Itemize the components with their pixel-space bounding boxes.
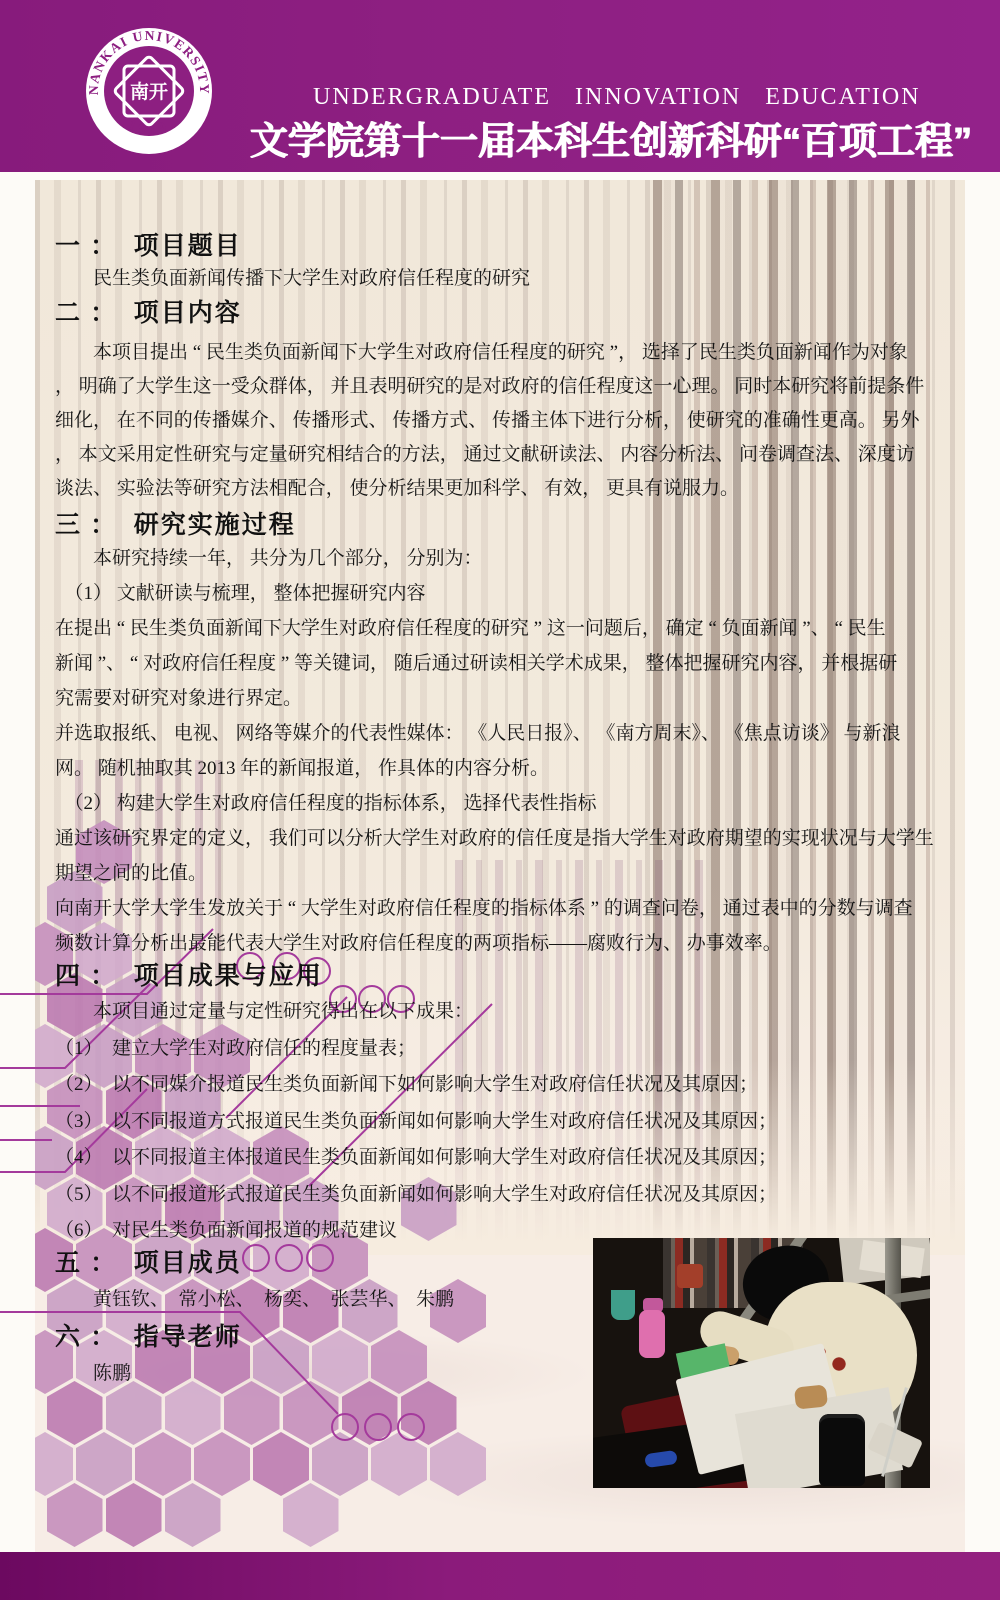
text-line: （2） 以不同媒介报道民生类负面新闻下如何影响大学生对政府信任状况及其原因； — [55, 1067, 967, 1104]
text-line: （3） 以不同报道方式报道民生类负面新闻如何影响大学生对政府信任状况及其原因； — [55, 1104, 967, 1141]
section-title: 项目内容 — [134, 300, 242, 327]
poster-header: NANKAI UNIVERSITY 1919 南开 UNDERGRADUATE … — [0, 0, 1000, 172]
section-colon: ： — [82, 963, 134, 990]
poster-footer — [0, 1552, 1000, 1600]
photo-shape-red-cup — [677, 1264, 703, 1288]
section-number: 三 — [55, 512, 82, 539]
text-line: （5） 以不同报道形式报道民生类负面新闻如何影响大学生对政府信任状况及其原因； — [55, 1177, 967, 1214]
section-colon: ： — [82, 512, 134, 539]
poster-title: 文学院第十一届本科生创新科研“百项工程” — [250, 110, 970, 165]
section-number: 六 — [55, 1324, 82, 1351]
text-line: 通过该研究界定的定义， 我们可以分析大学生对政府的信任度是指大学生对政府期望的实… — [55, 821, 967, 856]
text-line: 在提出 “ 民生类负面新闻下大学生对政府信任程度的研究 ” 这一问题后， 确定 … — [55, 611, 967, 646]
section-title: 项目题目 — [134, 233, 242, 260]
text-line: 细化， 在不同的传播媒介、 传播形式、 传播方式、 传播主体下进行分析， 使研究… — [55, 404, 967, 438]
text-line: 网。 随机抽取其 2013 年的新闻报道， 作具体的内容分析。 — [55, 751, 967, 786]
section-colon: ： — [82, 1324, 134, 1351]
text-line: 谈法、 实验法等研究方法相配合， 使分析结果更加科学、 有效， 更具有说服力。 — [55, 472, 967, 506]
section-number: 五 — [55, 1250, 82, 1277]
text-line: 民生类负面新闻传播下大学生对政府信任程度的研究 — [55, 262, 967, 296]
text-line: 期望之间的比值。 — [55, 856, 967, 891]
text-line: 本项目提出 “ 民生类负面新闻下大学生对政府信任程度的研究 ”， 选择了民生类负… — [55, 336, 967, 370]
section-number: 一 — [55, 233, 82, 260]
photo-shape-pink-bottle — [639, 1310, 665, 1358]
text-line: （2） 构建大学生对政府信任程度的指标体系， 选择代表性指标 — [55, 786, 967, 821]
text-line: （1） 建立大学生对政府信任的程度量表； — [55, 1031, 967, 1068]
section-body: 本研究持续一年， 共分为几个部分， 分别为： （1） 文献研读与梳理， 整体把握… — [55, 541, 967, 961]
photo-shape-hand-right — [794, 1384, 828, 1409]
header-subtitle-en: UNDERGRADUATE INNOVATION EDUCATION — [313, 84, 921, 111]
team-photo — [593, 1238, 930, 1488]
section-title: 研究实施过程 — [134, 512, 296, 539]
poster: NANKAI UNIVERSITY 1919 南开 UNDERGRADUATE … — [0, 0, 1000, 1600]
section-number: 二 — [55, 300, 82, 327]
section-body: 民生类负面新闻传播下大学生对政府信任程度的研究 — [55, 262, 967, 296]
section-title: 项目成员 — [134, 1250, 242, 1277]
section-heading: 二 ： 项目内容 — [55, 293, 967, 329]
text-line: 并选取报纸、 电视、 网络等媒介的代表性媒体： 《人民日报》、 《南方周末》、 … — [55, 716, 967, 751]
section-body: 本项目提出 “ 民生类负面新闻下大学生对政府信任程度的研究 ”， 选择了民生类负… — [55, 336, 967, 506]
text-line: ， 明确了大学生这一受众群体， 并且表明研究的是对政府的信任程度这一心理。 同时… — [55, 370, 967, 404]
text-line: 向南开大学大学生发放关于 “ 大学生对政府信任程度的指标体系 ” 的调查问卷， … — [55, 891, 967, 926]
text-line: ， 本文采用定性研究与定量研究相结合的方法， 通过文献研读法、 内容分析法、 问… — [55, 438, 967, 472]
section-title: 指导老师 — [134, 1324, 242, 1351]
logo-seal-text: 南开 — [130, 81, 168, 103]
section-number: 四 — [55, 963, 82, 990]
photo-shape-thermos — [819, 1414, 865, 1486]
text-line: 本项目通过定量与定性研究得出在以下成果： — [55, 994, 967, 1031]
section-colon: ： — [82, 300, 134, 327]
section-colon: ： — [82, 1250, 134, 1277]
nankai-university-logo: NANKAI UNIVERSITY 1919 南开 — [84, 26, 214, 156]
text-line: 新闻 ”、 “ 对政府信任程度 ” 等关键词， 随后通过研读相关学术成果， 整体… — [55, 646, 967, 681]
text-line: 本研究持续一年， 共分为几个部分， 分别为： — [55, 541, 967, 576]
text-line: （1） 文献研读与梳理， 整体把握研究内容 — [55, 576, 967, 611]
photo-shape-teal-cup — [611, 1290, 635, 1320]
text-line: （4） 以不同报道主体报道民生类负面新闻如何影响大学生对政府信任状况及其原因； — [55, 1140, 967, 1177]
section-heading: 四 ： 项目成果与应用 — [55, 956, 967, 992]
section-title: 项目成果与应用 — [134, 963, 323, 990]
text-line: 究需要对研究对象进行界定。 — [55, 681, 967, 716]
section-colon: ： — [82, 233, 134, 260]
section-heading: 一 ： 项目题目 — [55, 226, 967, 262]
section-body: 本项目通过定量与定性研究得出在以下成果：（1） 建立大学生对政府信任的程度量表；… — [55, 994, 967, 1250]
section-heading: 三 ： 研究实施过程 — [55, 505, 967, 541]
